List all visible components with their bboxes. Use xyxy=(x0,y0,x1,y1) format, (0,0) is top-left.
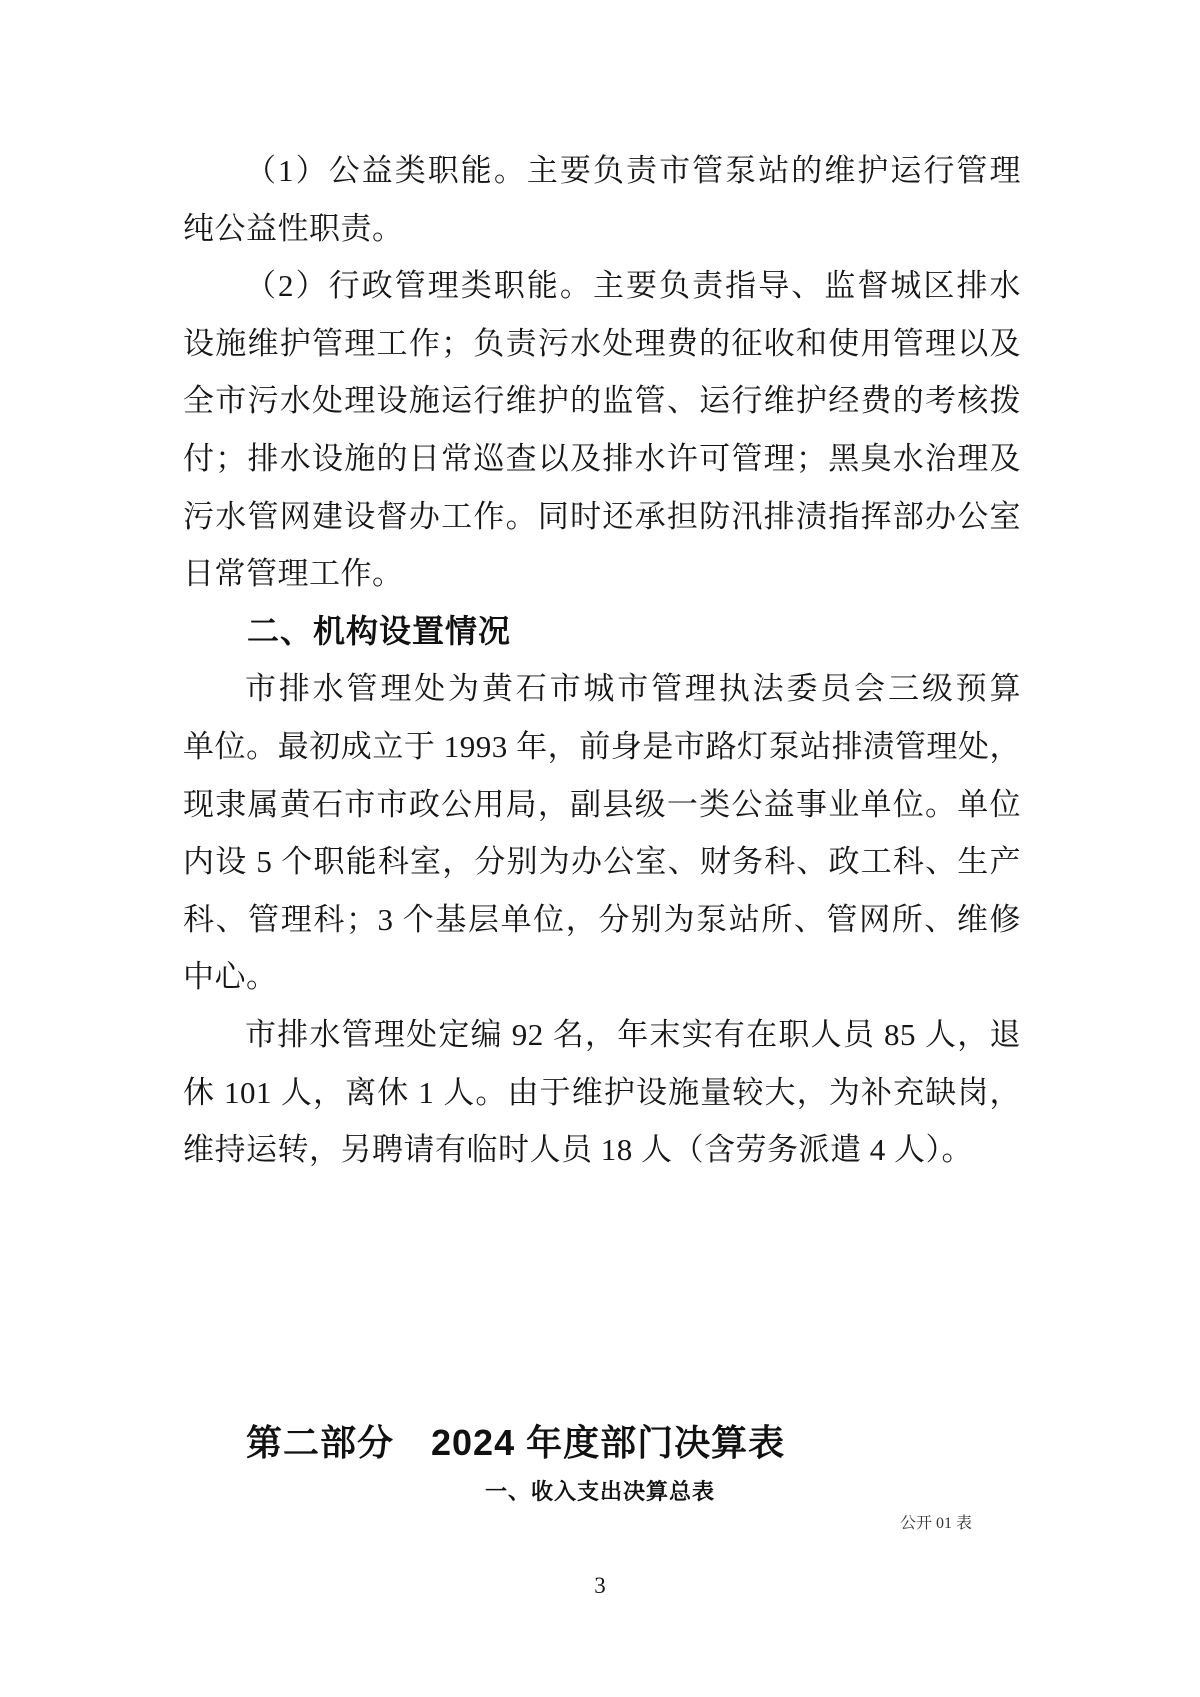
text-line: 纯公益性职责。 xyxy=(183,200,1021,258)
text-line: 科、管理科；3 个基层单位，分别为泵站所、管网所、维修 xyxy=(183,891,1021,949)
text-line: （2）行政管理类职能。主要负责指导、监督城区排水 xyxy=(183,257,1021,315)
text-line: 中心。 xyxy=(183,948,1021,1006)
document-page: （1）公益类职能。主要负责市管泵站的维护运行管理纯公益性职责。 （2）行政管理类… xyxy=(0,0,1200,1697)
text-line: 市排水管理处定编 92 名，年末实有在职人员 85 人，退 xyxy=(183,1006,1021,1064)
text-line: 休 101 人，离休 1 人。由于维护设施量较大，为补充缺岗， xyxy=(183,1064,1021,1122)
text-line: 内设 5 个职能科室，分别为办公室、财务科、政工科、生产 xyxy=(183,833,1021,891)
text-line: 设施维护管理工作；负责污水处理费的征收和使用管理以及 xyxy=(183,315,1021,373)
paragraph-staffing: 市排水管理处定编 92 名，年末实有在职人员 85 人，退休 101 人，离休 … xyxy=(183,1006,1021,1179)
text-line: 单位。最初成立于 1993 年，前身是市路灯泵站排渍管理处， xyxy=(183,718,1021,776)
text-line: 污水管网建设督办工作。同时还承担防汛排渍指挥部办公室 xyxy=(183,488,1021,546)
table-tag-label: 公开 01 表 xyxy=(900,1514,972,1534)
text-line: 全市污水处理设施运行维护的监管、运行维护经费的考核拨 xyxy=(183,372,1021,430)
document-body: （1）公益类职能。主要负责市管泵站的维护运行管理纯公益性职责。 （2）行政管理类… xyxy=(183,142,1021,1179)
text-line: 维持运转，另聘请有临时人员 18 人（含劳务派遣 4 人）。 xyxy=(183,1121,1021,1179)
paragraph-org-overview: 市排水管理处为黄石市城市管理执法委员会三级预算单位。最初成立于 1993 年，前… xyxy=(183,660,1021,1006)
table-section-title: 一、收入支出决算总表 xyxy=(0,1478,1200,1505)
text-line: （1）公益类职能。主要负责市管泵站的维护运行管理 xyxy=(183,142,1021,200)
text-line: 市排水管理处为黄石市城市管理执法委员会三级预算 xyxy=(183,660,1021,718)
part2-title: 第二部分 2024 年度部门决算表 xyxy=(246,1421,785,1465)
text-line: 付；排水设施的日常巡查以及排水许可管理；黑臭水治理及 xyxy=(183,430,1021,488)
page-number: 3 xyxy=(0,1572,1200,1599)
paragraph-admin-function: （2）行政管理类职能。主要负责指导、监督城区排水设施维护管理工作；负责污水处理费… xyxy=(183,257,1021,603)
section-heading-org-setup: 二、机构设置情况 xyxy=(183,603,1021,661)
paragraph-public-welfare-function: （1）公益类职能。主要负责市管泵站的维护运行管理纯公益性职责。 xyxy=(183,142,1021,257)
text-line: 现隶属黄石市市政公用局，副县级一类公益事业单位。单位 xyxy=(183,776,1021,834)
text-line: 日常管理工作。 xyxy=(183,545,1021,603)
